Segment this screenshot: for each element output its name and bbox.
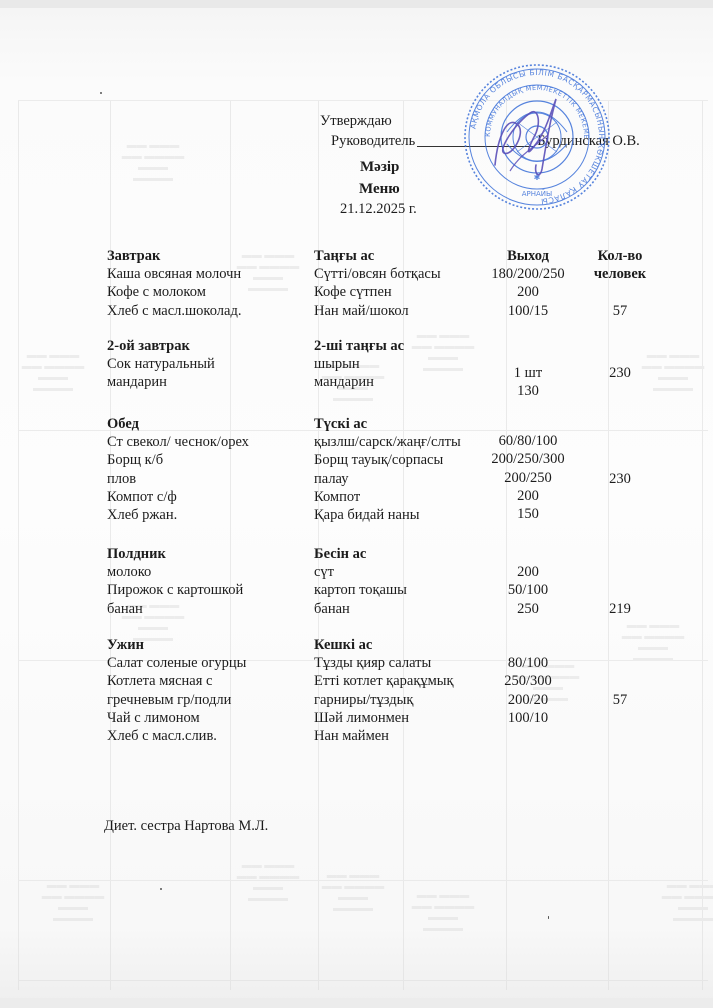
position-label: Руководитель [331,133,415,149]
dish-name-kz: Нан маймен [314,727,494,745]
dish-name-ru: Чай с лимоном [107,709,307,727]
portion-output: 180/200/250 [478,265,578,283]
dish-name-kz: банан [314,600,494,618]
dish-name-ru: Хлеб ржан. [107,506,307,524]
meal-outputs: 60/80/100200/250/300200/250200150 [478,414,578,523]
meal-items-kz: Таңғы асСүтті/овсян ботқасыКофе сүтпенНа… [314,247,494,320]
meal-items-kz: 2-ші таңғы асшырынмандарин [314,337,494,392]
dish-name-kz: Сүтті/овсян ботқасы [314,265,494,283]
portion-output: 80/100 [478,654,578,672]
meal-title-kz: Түскі ас [314,415,494,433]
scanned-page: ▬▬▬ ▬▬ ▬▬▬▬ ▬▬ ▬▬▬ ▬▬▬▬▬▬▬ ▬▬ ▬▬▬▬ ▬▬ ▬▬… [0,0,713,1008]
dish-name-kz: Нан май/шокол [314,302,494,320]
people-count: 57 [580,691,660,709]
count-header-line: человек [580,265,660,283]
dish-name-ru: Компот с/ф [107,488,307,506]
meal-title-kz: Кешкі ас [314,636,494,654]
portion-output: 200 [478,487,578,505]
menu-date: 21.12.2025 г. [340,201,417,218]
meal-title-kz: Таңғы ас [314,247,494,265]
portion-output [478,727,578,745]
dish-name-ru: Кофе с молоком [107,283,307,301]
meal-items-kz: Түскі асқызлш/сарск/жаңғ/слтыБорщ тауық/… [314,415,494,524]
approve-label: Утверждаю [320,113,392,130]
dish-name-kz: картоп тоқашы [314,581,494,599]
page-edge [0,0,713,8]
meal-title-ru: 2-ой завтрак [107,337,307,355]
portion-output: 200 [478,563,578,581]
meal-title-ru: Обед [107,415,307,433]
dish-name-ru: Хлеб с масл.слив. [107,727,307,745]
portion-output: 100/10 [478,709,578,727]
portion-output: 150 [478,505,578,523]
meal-outputs: 80/100250/300200/20100/10 [478,636,578,745]
dish-name-kz: Тұзды қияр салаты [314,654,494,672]
page-edge [0,998,713,1008]
dish-name-kz: Қара бидай наны [314,506,494,524]
meal-items-kz: Кешкі асТұзды қияр салатыЕтті котлет қар… [314,636,494,745]
dish-name-ru: Пирожок с картошкой [107,581,307,599]
signature-icon [490,95,570,185]
dish-name-ru: Салат соленые огурцы [107,654,307,672]
people-count: 230 [580,470,660,488]
dish-name-kz: мандарин [314,373,494,391]
dish-name-kz: Борщ тауық/сорпасы [314,451,494,469]
meal-items-ru: УжинСалат соленые огурцыКотлета мясная с… [107,636,307,745]
portion-output: 50/100 [478,581,578,599]
count-column-header: Кол-во человек [580,247,660,283]
people-count: 219 [580,600,660,618]
dish-name-ru: гречневым гр/подли [107,691,307,709]
meal-items-ru: ОбедСт свекол/ чеснок/орехБорщ к/бпловКо… [107,415,307,524]
portion-output: 200/250 [478,469,578,487]
dish-name-kz: сүт [314,563,494,581]
meal-title-ru: Завтрак [107,247,307,265]
count-header-line: Кол-во [580,247,660,265]
scan-speck [160,888,162,890]
portion-output: 1 шт [478,364,578,382]
people-count: 230 [580,364,660,382]
portion-output: 60/80/100 [478,432,578,450]
dish-name-ru: плов [107,470,307,488]
people-count: 57 [580,302,660,320]
dish-name-kz: қызлш/сарск/жаңғ/слты [314,433,494,451]
dish-name-kz: Етті котлет қарақұмық [314,672,494,690]
dish-name-kz: палау [314,470,494,488]
dish-name-ru: молоко [107,563,307,581]
dish-name-kz: Шәй лимонмен [314,709,494,727]
dish-name-ru: Сок натуральный [107,355,307,373]
dish-name-ru: Котлета мясная с [107,672,307,690]
dish-name-ru: мандарин [107,373,307,391]
meal-title-ru: Ужин [107,636,307,654]
seal-bottom-text: АРНАЙЫ [522,189,552,198]
portion-output: 100/15 [478,302,578,320]
dish-name-ru: Хлеб с масл.шоколад. [107,302,307,320]
dish-name-kz: шырын [314,355,494,373]
portion-output: 200/20 [478,691,578,709]
meal-items-ru: ЗавтракКаша овсяная молочнКофе с молоком… [107,247,307,320]
dish-name-kz: Компот [314,488,494,506]
dietitian-signature-line: Диет. сестра Нартова М.Л. [104,818,268,835]
meal-items-ru: ПолдникмолокоПирожок с картошкойбанан [107,545,307,618]
dish-name-kz: гарниры/тұздық [314,691,494,709]
dish-name-ru: Борщ к/б [107,451,307,469]
meal-outputs: 1 шт130 [478,346,578,401]
meal-title-kz: 2-ші таңғы ас [314,337,494,355]
meal-title-ru: Полдник [107,545,307,563]
meal-outputs: 20050/100250 [478,545,578,618]
portion-output: 200 [478,283,578,301]
scan-speck [548,916,549,919]
portion-output: 130 [478,382,578,400]
title-kz: Мәзір [360,159,399,176]
title-ru: Меню [359,181,400,198]
dish-name-ru: Ст свекол/ чеснок/орех [107,433,307,451]
portion-output: 200/250/300 [478,450,578,468]
meal-items-ru: 2-ой завтракСок натуральныймандарин [107,337,307,392]
meal-title-kz: Бесін ас [314,545,494,563]
scan-speck [100,92,102,94]
portion-output: 250/300 [478,672,578,690]
portion-output: 250 [478,600,578,618]
dish-name-ru: Каша овсяная молочн [107,265,307,283]
meal-items-kz: Бесін ассүткартоп тоқашыбанан [314,545,494,618]
dish-name-kz: Кофе сүтпен [314,283,494,301]
dish-name-ru: банан [107,600,307,618]
meal-outputs: 180/200/250200100/15 [478,247,578,320]
